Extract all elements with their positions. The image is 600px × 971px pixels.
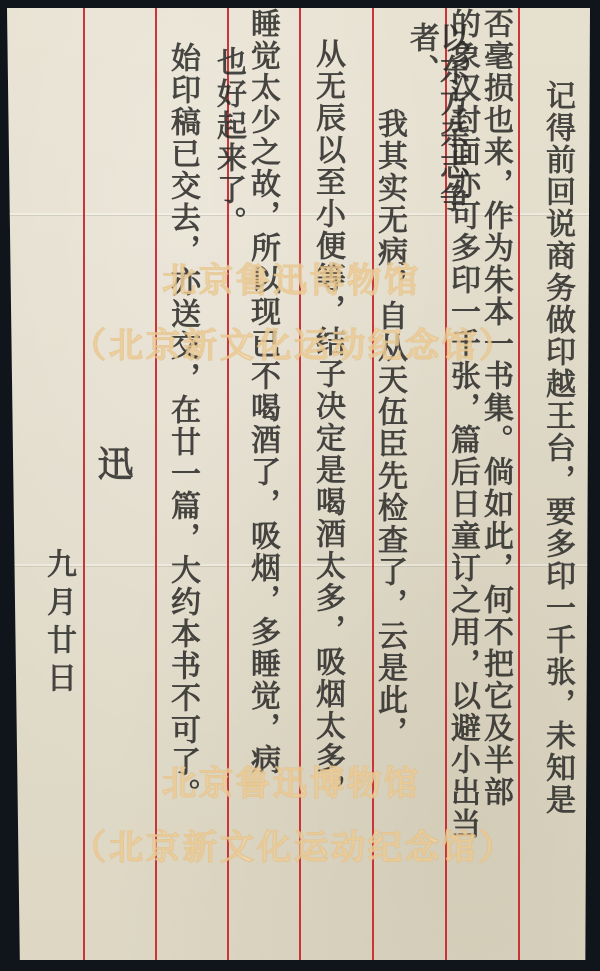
letter-paper: 记得前回说商务做印越王台，要多印一千张，未知是 否毫损也来，作为朱本一书集。倘如…	[7, 8, 590, 960]
signature: 迅	[95, 445, 131, 483]
letter-column-4: 以东方杂志争者、	[406, 22, 466, 262]
letter-column-6: 从无辰以至小便等，结子决定是喝酒太多，吸烟太多，	[312, 38, 342, 938]
letter-column-1: 记得前回说商务做印越王台，要多印一千张，未知是	[542, 80, 572, 960]
red-rule-line	[299, 8, 301, 960]
letter-column-5: 我其实无病，自从天伍臣先检查了，云是此，	[374, 108, 404, 958]
letter-column-2: 否毫损也来，作为朱本一书集。倘如此，何不把它及半部	[480, 8, 510, 958]
letter-column-7: 睡觉太少之故，所以现已不喝酒了，吸烟，多睡觉，病	[247, 8, 277, 958]
red-rule-line	[518, 8, 520, 960]
scanned-letter: 记得前回说商务做印越王台，要多印一千张，未知是 否毫损也来，作为朱本一书集。倘如…	[0, 0, 600, 971]
letter-column-10: 始印稿已交去，亦送交，在廿一篇，大约本书不可了。	[167, 42, 197, 942]
letter-date: 九月廿日	[43, 548, 73, 728]
letter-column-8: 也好起来了。	[213, 46, 243, 346]
red-rule-line	[155, 8, 157, 960]
red-rule-line	[83, 8, 85, 960]
